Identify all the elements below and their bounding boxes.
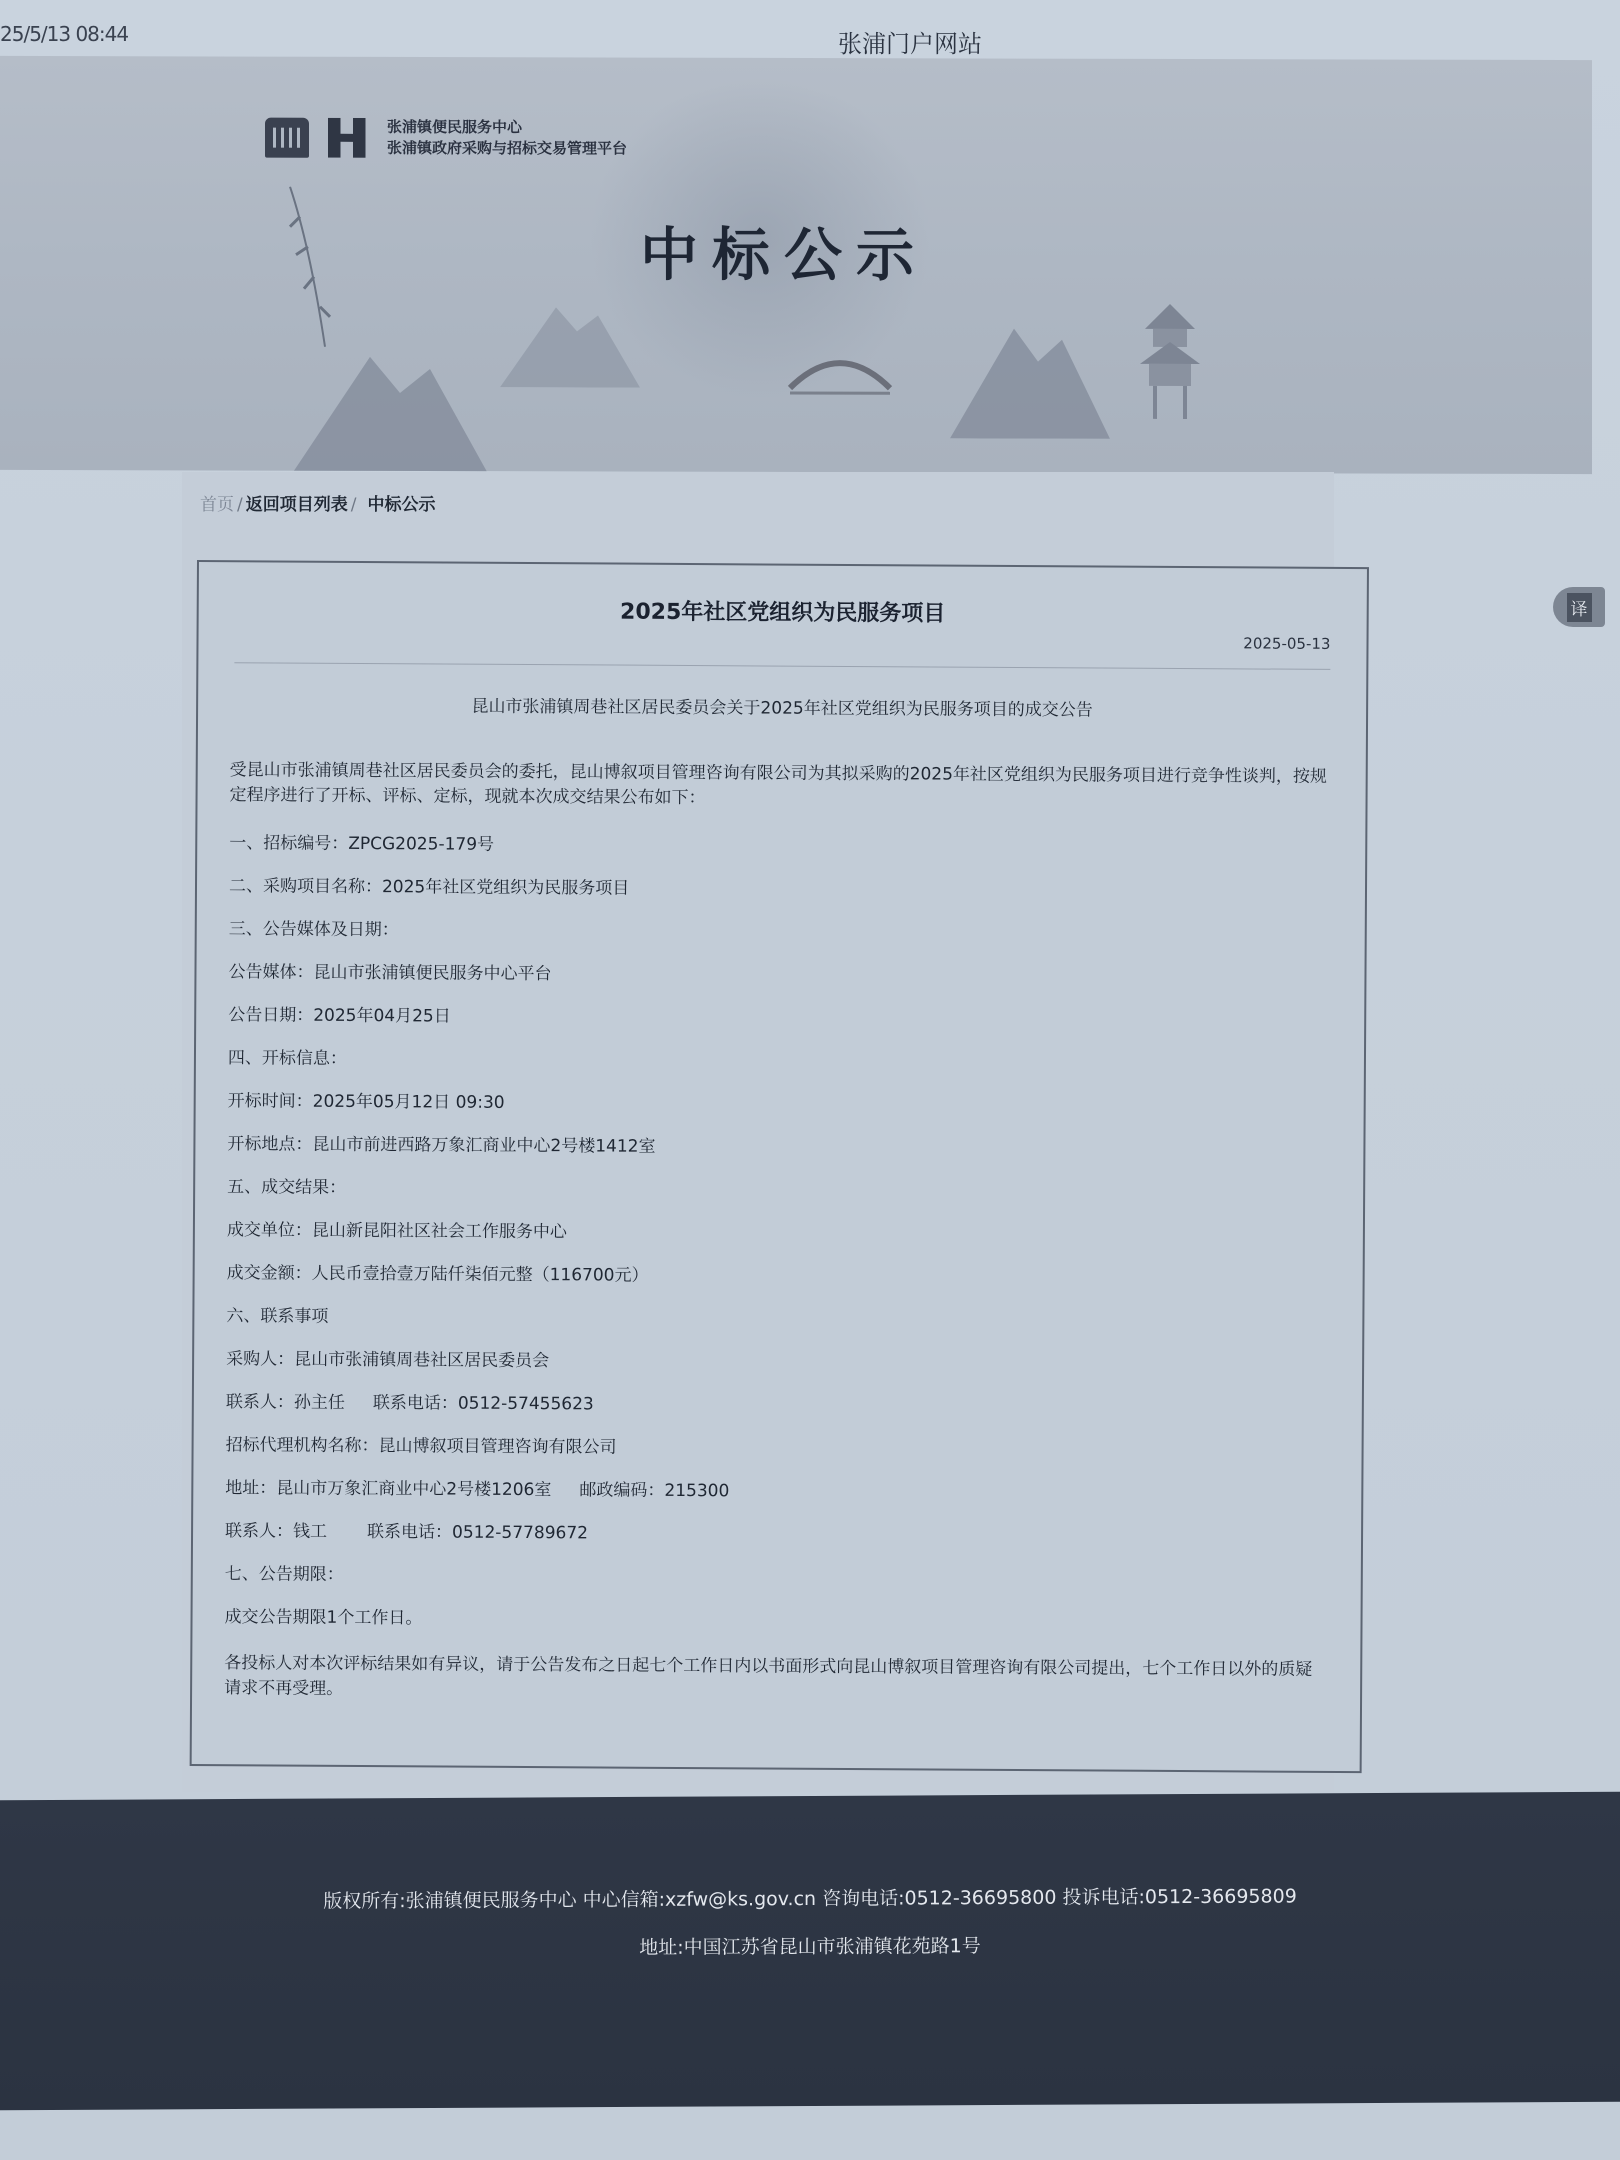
logo-line-2: 张浦镇政府采购与招标交易管理平台 — [387, 138, 627, 160]
willow-decoration-icon — [280, 187, 360, 357]
document-body: 受昆山市张浦镇周巷社区居民委员会的委托，昆山博叙项目管理咨询有限公司为其拟采购的… — [224, 758, 1332, 1708]
title-divider — [234, 662, 1330, 670]
breadcrumb-separator: / — [351, 495, 357, 515]
section-contact-heading: 六、联系事项 — [226, 1295, 1328, 1345]
winning-bidder: 成交单位：昆山新昆阳社区社会工作服务中心 — [227, 1209, 1329, 1259]
objection-paragraph: 各投标人对本次评标结果如有异议，请于公告发布之日起七个工作日内以书面形式向昆山博… — [224, 1651, 1326, 1708]
translate-icon: 译 — [1567, 593, 1592, 622]
winning-amount: 成交金额：人民币壹拾壹万陆仟柒佰元整（116700元） — [227, 1252, 1329, 1302]
agency-contact-phone: 联系电话：0512-57789672 — [367, 1522, 588, 1543]
agency-address: 地址：昆山市万象汇商业中心2号楼1206室邮政编码：215300 — [225, 1467, 1327, 1517]
section-media-heading: 三、公告媒体及日期： — [229, 908, 1331, 958]
media-platform: 公告媒体：昆山市张浦镇便民服务中心平台 — [228, 951, 1330, 1001]
period-text: 成交公告期限1个工作日。 — [224, 1596, 1326, 1646]
logo-zp-icon — [323, 118, 373, 158]
announcement-date: 公告日期：2025年04月25日 — [228, 994, 1330, 1044]
agency-contact: 联系人：钱工联系电话：0512-57789672 — [225, 1510, 1327, 1560]
banner-title: 中标公示 — [640, 208, 928, 293]
bridge-decoration-icon — [785, 338, 895, 398]
pavilion-decoration-icon — [1135, 304, 1205, 419]
mountain-decoration-icon — [950, 328, 1110, 438]
section-opening-heading: 四、开标信息： — [228, 1037, 1330, 1087]
agency-contact-name: 联系人：钱工 — [225, 1521, 327, 1542]
logo-text: 张浦镇便民服务中心 张浦镇政府采购与招标交易管理平台 — [387, 117, 627, 160]
mountain-decoration-icon — [500, 307, 640, 387]
tender-number: 一、招标编号：ZPCG2025-179号 — [229, 822, 1331, 872]
document-title: 2025年社区党组织为民服务项目 — [199, 592, 1367, 630]
agency-name: 招标代理机构名称：昆山博叙项目管理咨询有限公司 — [225, 1424, 1327, 1474]
translate-button[interactable]: 译 — [1553, 587, 1605, 627]
print-page-title: 张浦门户网站 — [838, 24, 982, 59]
footer-copyright: 版权所有:张浦镇便民服务中心 中心信箱:xzfw@ks.gov.cn 咨询电话:… — [0, 1880, 1620, 1915]
document-subtitle: 昆山市张浦镇周巷社区居民委员会关于2025年社区党组织为民服务项目的成交公告 — [198, 690, 1366, 722]
logo-line-1: 张浦镇便民服务中心 — [387, 117, 627, 139]
opening-location: 开标地点：昆山市前进西路万象汇商业中心2号楼1412室 — [227, 1123, 1329, 1173]
agency-postcode: 邮政编码：215300 — [579, 1480, 729, 1501]
opening-time: 开标时间：2025年05月12日 09:30 — [228, 1080, 1330, 1130]
footer-address: 地址:中国江苏省昆山市张浦镇花苑路1号 — [0, 1928, 1620, 1963]
purchaser-contact-phone: 联系电话：0512-57455623 — [373, 1393, 594, 1414]
breadcrumb-separator: / — [237, 495, 243, 515]
project-name: 二、采购项目名称：2025年社区党组织为民服务项目 — [229, 865, 1331, 915]
mountain-decoration-icon — [290, 357, 490, 474]
agency-address-text: 地址：昆山市万象汇商业中心2号楼1206室 — [225, 1478, 551, 1500]
breadcrumb-current: 中标公示 — [367, 495, 435, 515]
purchaser: 采购人：昆山市张浦镇周巷社区居民委员会 — [226, 1338, 1328, 1388]
purchaser-contact-name: 联系人：孙主任 — [226, 1392, 345, 1413]
footer: 版权所有:张浦镇便民服务中心 中心信箱:xzfw@ks.gov.cn 咨询电话:… — [0, 1792, 1620, 2110]
section-period-heading: 七、公告期限： — [225, 1553, 1327, 1603]
site-logo[interactable]: 张浦镇便民服务中心 张浦镇政府采购与招标交易管理平台 — [265, 117, 627, 160]
purchaser-contact: 联系人：孙主任联系电话：0512-57455623 — [226, 1381, 1328, 1431]
breadcrumb-back-link[interactable]: 返回项目列表 — [246, 495, 348, 515]
document-date: 2025-05-13 — [1243, 634, 1330, 653]
breadcrumb: 首页/返回项目列表/中标公示 — [200, 490, 435, 515]
banner: 张浦镇便民服务中心 张浦镇政府采购与招标交易管理平台 中标公示 — [0, 56, 1592, 474]
logo-emblem-icon — [265, 118, 309, 158]
announcement-card: 2025年社区党组织为民服务项目 2025-05-13 昆山市张浦镇周巷社区居民… — [190, 560, 1369, 1773]
print-timestamp: 25/5/13 08:44 — [0, 22, 128, 46]
intro-paragraph: 受昆山市张浦镇周巷社区居民委员会的委托，昆山博叙项目管理咨询有限公司为其拟采购的… — [229, 758, 1331, 815]
section-result-heading: 五、成交结果： — [227, 1166, 1329, 1216]
breadcrumb-home-link[interactable]: 首页 — [200, 495, 234, 515]
